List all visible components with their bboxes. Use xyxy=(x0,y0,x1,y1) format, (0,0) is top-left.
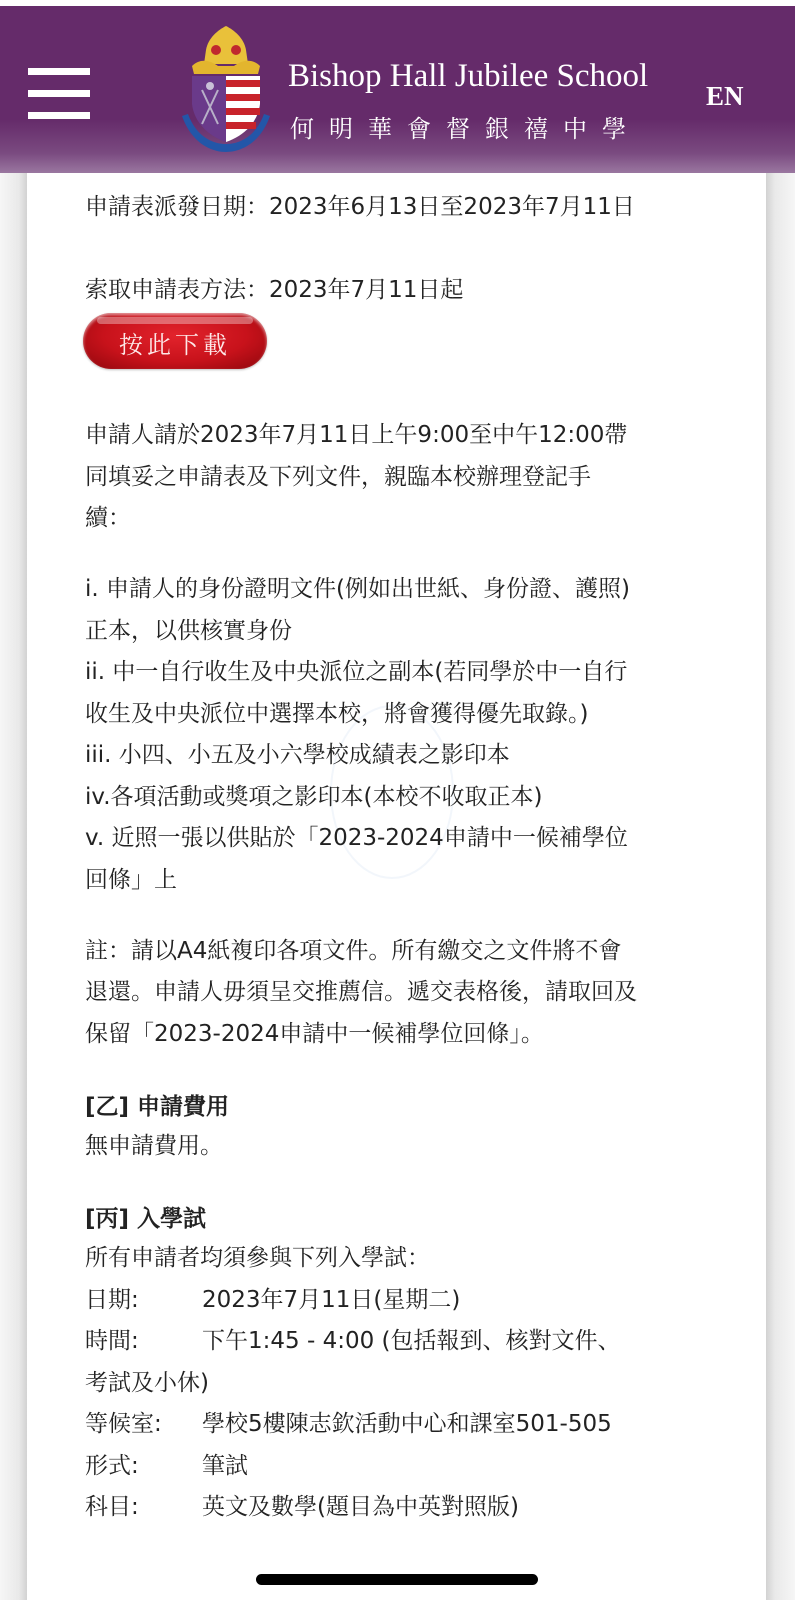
exam-row-value: 下午1:45 - 4:00 (包括報到、核對文件、 xyxy=(202,1328,621,1354)
page-gutter-left xyxy=(0,173,27,1600)
exam-row-value: 2023年7月11日(星期二) xyxy=(202,1287,460,1313)
exam-row-label: 時間: xyxy=(85,1326,202,1356)
exam-row-value: 英文及數學(題目為中英對照版) xyxy=(202,1494,519,1520)
exam-section-heading: [丙] 入學試 xyxy=(85,1204,206,1234)
download-button-label: 按此下載 xyxy=(119,325,231,360)
note-line: 保留「2023-2024申請中一候補學位回條」。 xyxy=(85,1019,544,1049)
exam-row-value: 筆試 xyxy=(202,1453,248,1479)
document-item: 正本，以供核實身份 xyxy=(85,616,292,646)
exam-row-value: 學校5樓陳志欽活動中心和課室501-505 xyxy=(202,1411,612,1437)
menu-bar xyxy=(28,68,90,75)
instruction-line: 續： xyxy=(85,503,131,533)
menu-bar xyxy=(28,112,90,119)
exam-row-subjects: 科目:英文及數學(題目為中英對照版) xyxy=(85,1492,519,1522)
site-header: Bishop Hall Jubilee School 何明華會督銀禧中學 EN xyxy=(0,6,795,173)
exam-row-label: 形式: xyxy=(85,1451,202,1481)
fee-section-body: 無申請費用。 xyxy=(85,1131,223,1161)
document-item: 收生及中央派位中選擇本校，將會獲得優先取錄。) xyxy=(85,699,588,729)
document-item: iv.各項活動或獎項之影印本(本校不收取正本) xyxy=(85,782,542,812)
note-line: 退還。申請人毋須呈交推薦信。遞交表格後，請取回及 xyxy=(85,977,637,1007)
exam-row-time: 時間:下午1:45 - 4:00 (包括報到、核對文件、 xyxy=(85,1326,621,1356)
fee-section-heading: [乙] 申請費用 xyxy=(85,1092,229,1122)
language-toggle-button[interactable]: EN xyxy=(706,81,744,112)
exam-row-format: 形式:筆試 xyxy=(85,1451,248,1481)
document-item: v. 近照一張以供貼於「2023-2024申請中一候補學位 xyxy=(85,823,628,853)
exam-section-intro: 所有申請者均須參與下列入學試： xyxy=(85,1243,430,1273)
home-indicator-bar[interactable] xyxy=(256,1574,538,1585)
page-gutter-right xyxy=(766,173,795,1600)
exam-row-label: 等候室: xyxy=(85,1409,202,1439)
exam-row-label: 日期: xyxy=(85,1285,202,1315)
hamburger-menu-icon[interactable] xyxy=(28,68,90,122)
instruction-line: 申請人請於2023年7月11日上午9:00至中午12:00帶 xyxy=(85,420,627,450)
document-item: i. 申請人的身份證明文件(例如出世紙、身份證、護照) xyxy=(85,574,630,604)
school-name-english: Bishop Hall Jubilee School xyxy=(288,58,648,95)
obtain-method-text: 索取申請表方法：2023年7月11日起 xyxy=(85,275,463,305)
note-line: 註：請以A4紙複印各項文件。所有繳交之文件將不會 xyxy=(85,936,621,966)
document-item: 回條」上 xyxy=(85,865,177,895)
distribution-period-text: 申請表派發日期：2023年6月13日至2023年7月11日 xyxy=(85,192,635,222)
exam-row-label: 科目: xyxy=(85,1492,202,1522)
school-name-chinese: 何明華會督銀禧中學 xyxy=(290,109,641,144)
exam-row-time-continued: 考試及小休) xyxy=(85,1368,209,1398)
exam-row-value: 考試及小休) xyxy=(85,1370,209,1396)
download-form-button[interactable]: 按此下載 xyxy=(83,313,267,369)
school-crest-icon[interactable] xyxy=(178,24,274,154)
exam-row-date: 日期:2023年7月11日(星期二) xyxy=(85,1285,460,1315)
instruction-line: 同填妥之申請表及下列文件，親臨本校辦理登記手 xyxy=(85,462,591,492)
exam-row-waiting-room: 等候室:學校5樓陳志欽活動中心和課室501-505 xyxy=(85,1409,612,1439)
document-item: iii. 小四、小五及小六學校成績表之影印本 xyxy=(85,740,510,770)
document-item: ii. 中一自行收生及中央派位之副本(若同學於中一自行 xyxy=(85,657,627,687)
menu-bar xyxy=(28,90,90,97)
